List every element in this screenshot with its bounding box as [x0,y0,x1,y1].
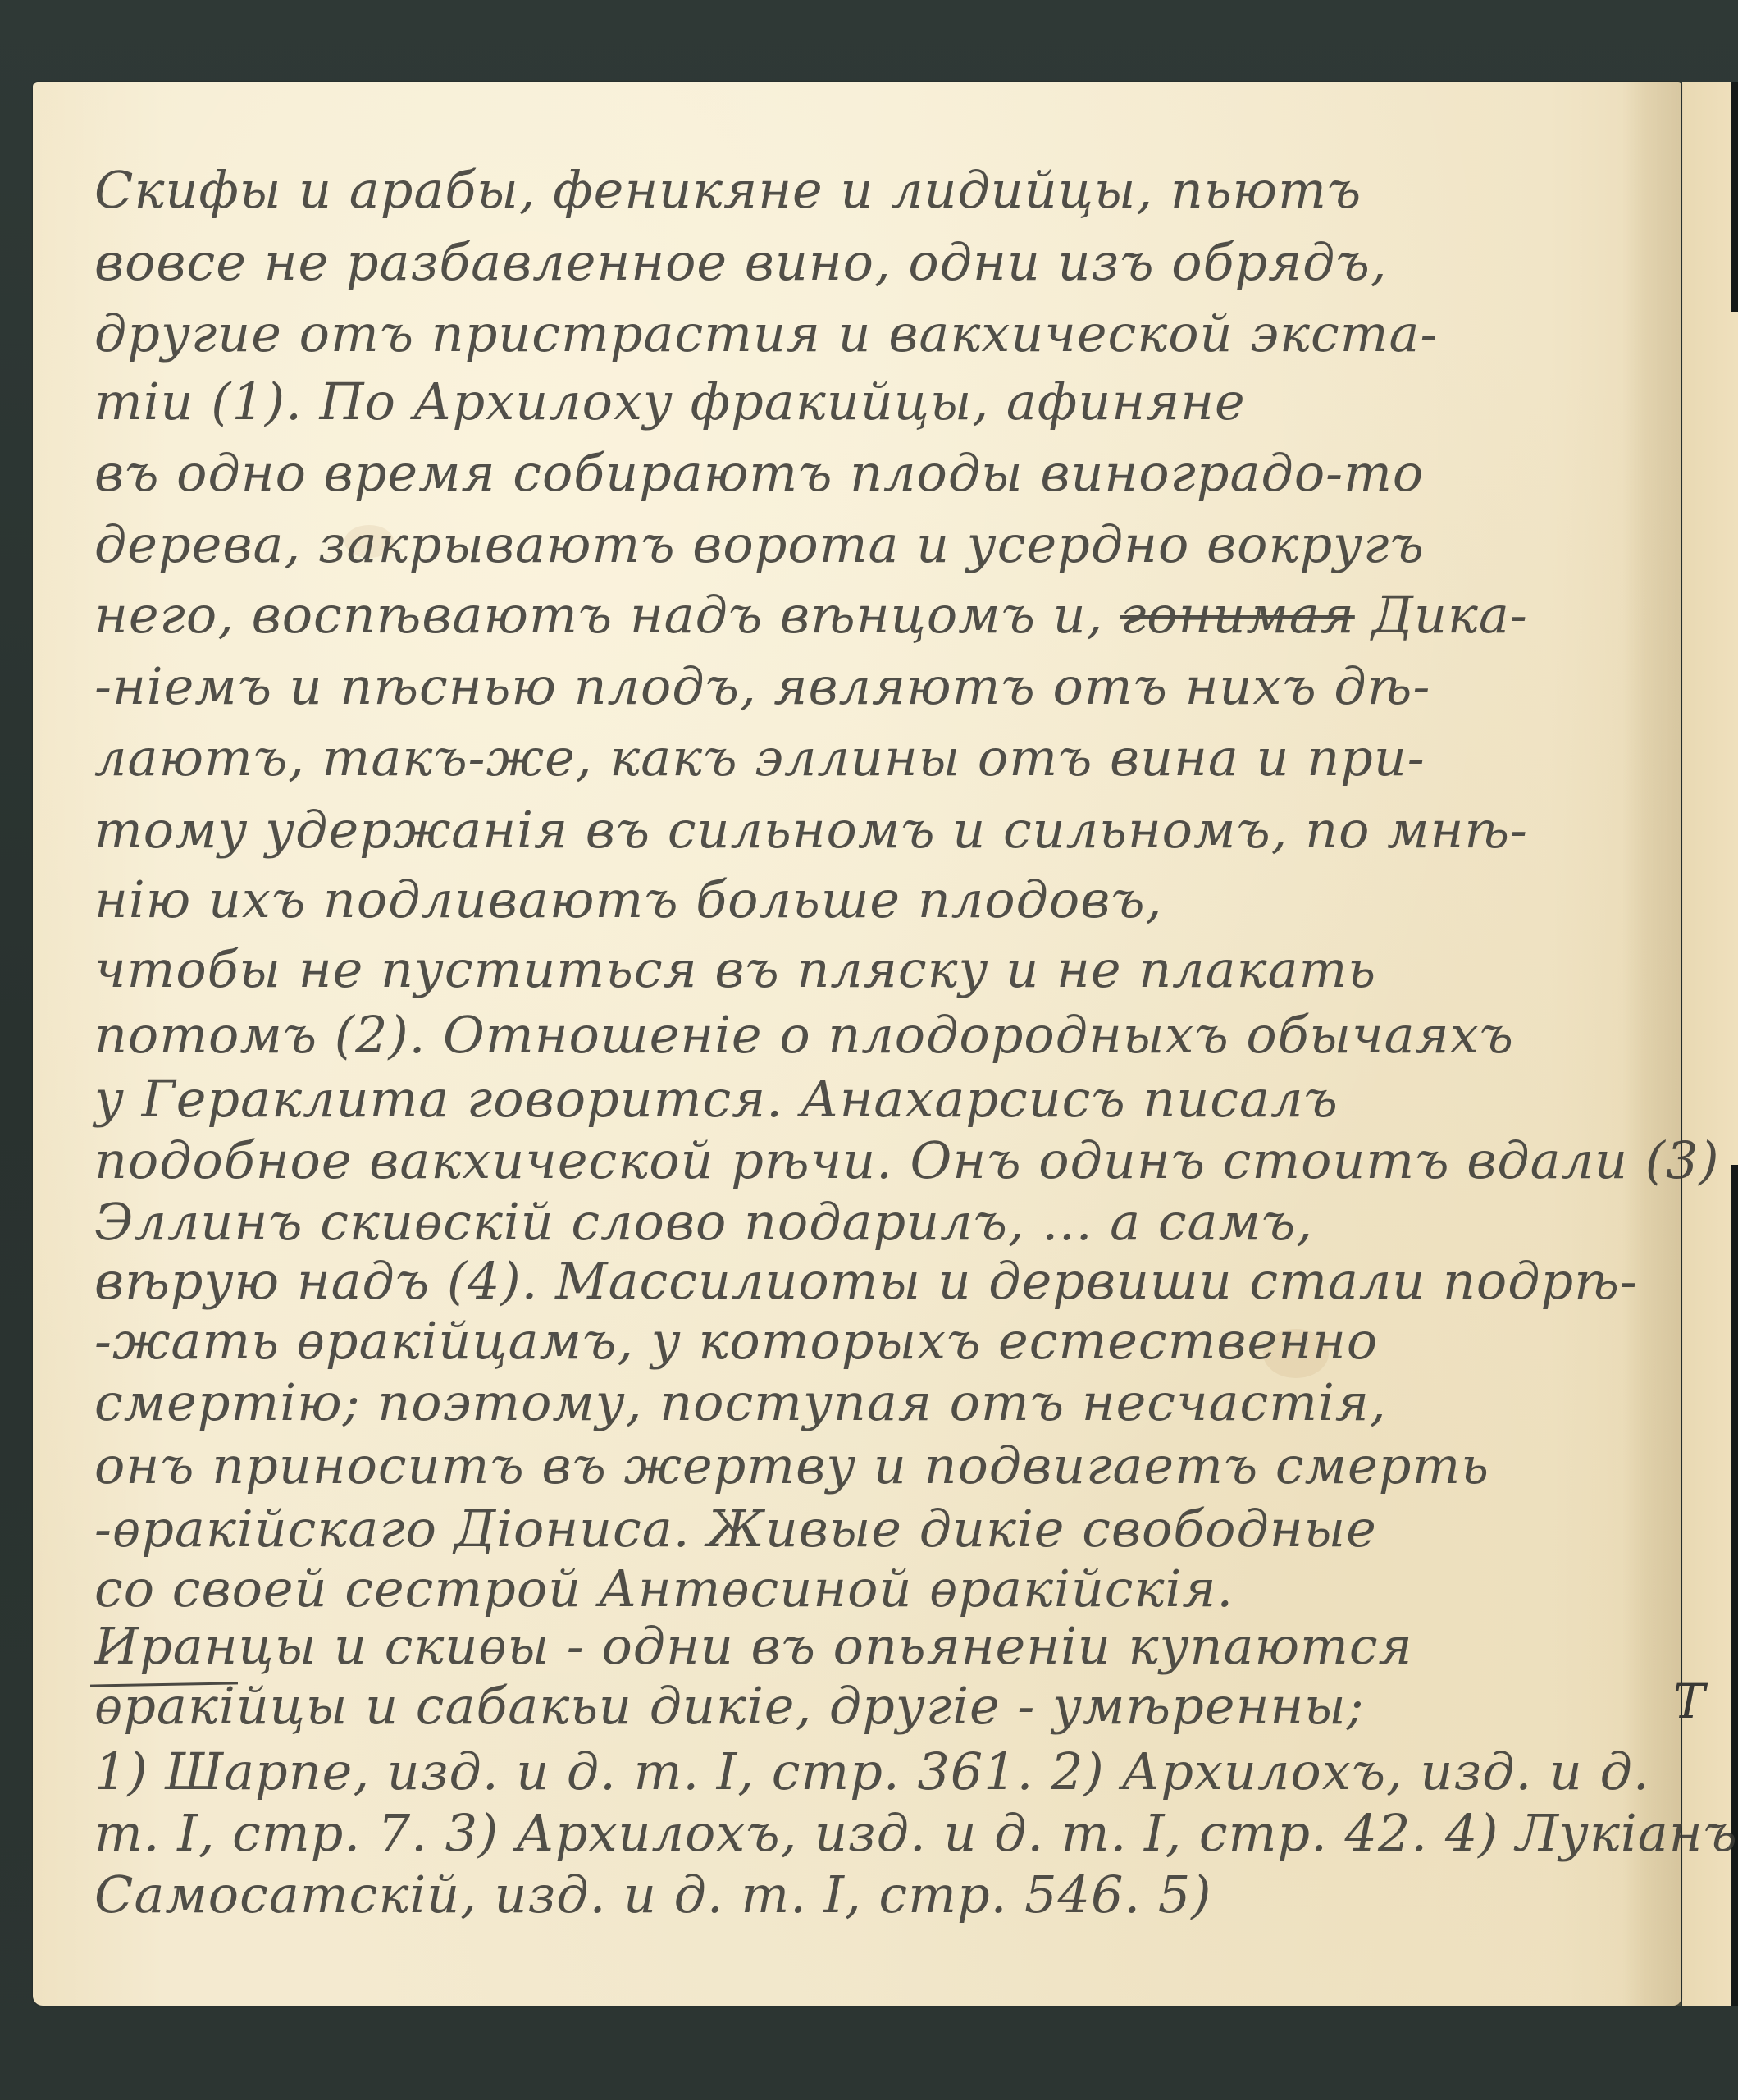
text-line-4: тіи (1). По Архилоху фракийцы, афиняне [94,372,1246,431]
text-line-23: Иранцы и скиѳы - одни въ опьяненіи купаю… [94,1616,1413,1676]
text-line-20: онъ приноситъ въ жертву и подвигаетъ сме… [94,1436,1489,1495]
footnote-line-2: т. I, стр. 7. 3) Архилохъ, изд. и д. т. … [94,1803,1738,1863]
text-line-5: въ одно время собираютъ плоды виноградо-… [94,443,1424,503]
text-line-22: со своей сестрой Антѳсиной ѳракійскія. [94,1559,1234,1618]
scan-gap [1731,1165,1738,2006]
text-line-1: Скифы и арабы, феникяне и лидийцы, пьютъ [94,160,1362,220]
text-line-12: чтобы не пуститься въ пляску и не плакат… [94,939,1376,999]
margin-mark: Т [1673,1673,1705,1729]
text-line-17: вѣрую надъ (4). Массилиоты и дервиши ста… [94,1251,1638,1311]
text-line-15: подобное вакхической рѣчи. Онъ одинъ сто… [94,1130,1720,1190]
text-line-13: потомъ (2). Отношеніе о плодородныхъ обы… [94,1005,1514,1065]
footnote-line-3: Самосатскій, изд. и д. т. I, стр. 546. 5… [94,1865,1211,1924]
text-line-9: лаютъ, такъ-же, какъ эллины отъ вина и п… [94,728,1426,787]
text-line-19: смертію; поэтому, поступая отъ несчастія… [94,1372,1387,1432]
scan-gap [1731,82,1738,312]
text-line-3: другие отъ пристрастия и вакхической экс… [94,304,1438,363]
text-line-6: дерева, закрываютъ ворота и усердно вокр… [94,514,1425,574]
text-line-8: -ніемъ и пѣснью плодъ, являютъ отъ нихъ … [94,656,1430,716]
text-line-2: вовсе не разбавленное вино, одни изъ обр… [94,232,1388,292]
text-line-18: -жать ѳракійцамъ, у которыхъ естественно [94,1311,1378,1371]
struck-word: гонимая [1120,585,1355,645]
text-line-14: у Гераклита говорится. Анахарсисъ писалъ [94,1069,1339,1129]
footnote-line-1: 1) Шарпе, изд. и д. т. I, стр. 361. 2) А… [94,1742,1650,1801]
text-line-21: -ѳракійскаго Діониса. Живые дикіе свобод… [94,1499,1377,1559]
text-line-7: него, воспѣваютъ надъ вѣнцомъ и, гонимая… [94,585,1528,645]
text-line-16: Эллинъ скиѳскій слово подарилъ, ... а са… [94,1192,1313,1252]
text-line-10: тому удержанія въ сильномъ и сильномъ, п… [94,800,1528,860]
text-line-24: ѳракійцы и сабакьи дикіе, другіе - умѣре… [94,1676,1365,1736]
text-line-11: нію ихъ подливаютъ больше плодовъ, [94,870,1162,929]
